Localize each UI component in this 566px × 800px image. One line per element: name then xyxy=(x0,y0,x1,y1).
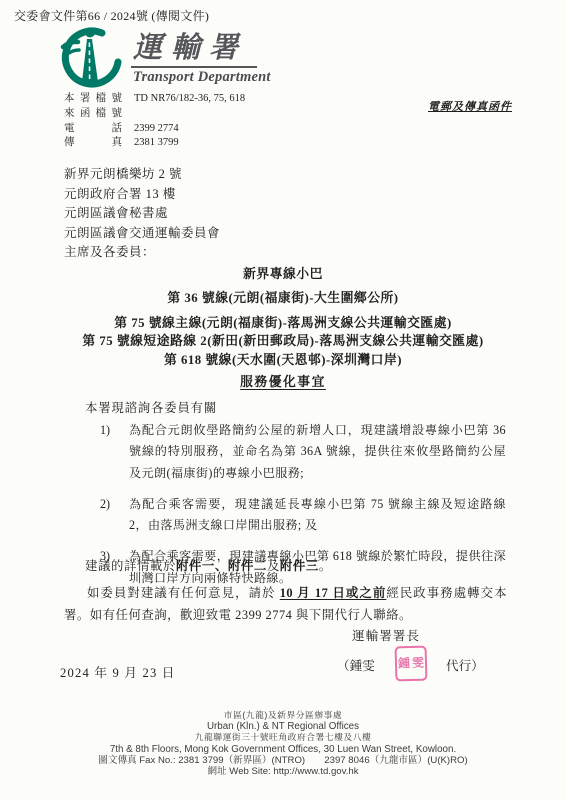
phone-value: 2399 2774 xyxy=(134,122,179,137)
attachments-mid: 及 xyxy=(267,559,280,573)
attachments-sentence: 建議的詳情載於附件一、附件二及附件三。 xyxy=(85,556,332,574)
footer-address-english: 7th & 8th Floors, Mong Kok Government Of… xyxy=(0,744,566,755)
subject-title: 服務優化事宜 xyxy=(0,371,566,390)
deadline-date: 10 月 17 日或之前 xyxy=(280,586,387,600)
our-ref-label: 本署檔號 xyxy=(64,92,122,107)
office-footer: 市區(九龍)及新界分區辦事處 Urban (Kln.) & NT Regiona… xyxy=(0,710,566,777)
list-item-number: 2) xyxy=(100,494,129,537)
recipient-address: 新界元朗橋樂坊 2 號 元朗政府合署 13 樓 元朗區議會秘書處 元朗區議會交通… xyxy=(64,165,220,243)
subject-route-75-short: 第 75 號線短途路線 2(新田(新田郵政局)-落馬洲支線公共運輸交匯處) xyxy=(0,330,566,349)
list-item: 1) 為配合元朗攸壆路簡約公屋的新增人口，現建議增設專線小巴第 36 號線的特別… xyxy=(100,420,506,484)
signer-title: 運輸署署長 xyxy=(352,625,420,644)
file-reference-block: 本署檔號 TD NR76/182-36, 75, 618 來函檔號 電話 239… xyxy=(64,92,245,151)
signature-for-and-close-paren: 代行） xyxy=(446,655,484,674)
address-line: 元朗區議會秘書處 xyxy=(64,204,220,224)
our-ref-row: 本署檔號 TD NR76/182-36, 75, 618 xyxy=(64,92,245,107)
fax-label: 傳真 xyxy=(64,136,122,151)
attachments-end: 。 xyxy=(319,559,332,573)
phone-row: 電話 2399 2774 xyxy=(64,122,245,137)
footer-fax-numbers: 圖文傳真 Fax No.: 2381 3799（新界區）(NTRO) 2397 … xyxy=(0,755,566,766)
logo-name-english: Transport Department xyxy=(131,69,271,86)
footer-website: 網址 Web Site: http://www.td.gov.hk xyxy=(0,766,566,777)
subject-service-group: 新界專線小巴 xyxy=(0,263,566,282)
address-line: 元朗區議會交通運輸委員會 xyxy=(64,224,220,244)
subject-route-618: 第 618 號線(天水圍(天恩邨)-深圳灣口岸) xyxy=(0,349,566,368)
phone-label: 電話 xyxy=(64,122,122,137)
letter-page: 交委會文件第66 / 2024號 (傳閱文件) 運輸署 Transport De… xyxy=(0,0,566,800)
committee-paper-reference: 交委會文件第66 / 2024號 (傳閱文件) xyxy=(14,7,209,24)
logo-name-chinese: 運輸署 xyxy=(131,33,257,68)
signature-open-paren-name: （鍾雯 xyxy=(337,655,375,674)
subject-route-75-main: 第 75 號線主線(元朗(福康街)-落馬洲支線公共運輸交匯處) xyxy=(0,312,566,331)
attachments-pre: 建議的詳情載於 xyxy=(85,559,176,573)
fax-row: 傳真 2381 3799 xyxy=(64,136,245,151)
letter-date: 2024 年 9 月 23 日 xyxy=(60,662,176,681)
name-chop-stamp: 鍾雯 xyxy=(395,646,428,682)
list-item-number: 1) xyxy=(100,420,129,484)
list-item-text: 為配合元朗攸壆路簡約公屋的新增人口，現建議增設專線小巴第 36 號線的特別服務，… xyxy=(129,420,506,484)
attachments-bold-1: 附件一、附件二 xyxy=(176,559,267,573)
our-ref-value: TD NR76/182-36, 75, 618 xyxy=(134,92,245,107)
delivery-method-note: 電郵及傳真函件 xyxy=(428,98,512,114)
salutation: 主席及各委員： xyxy=(64,242,155,260)
address-line: 元朗政府合署 13 樓 xyxy=(64,185,220,205)
fax-value: 2381 3799 xyxy=(134,136,179,151)
subject-route-36: 第 36 號線(元朗(福康街)-大生圍鄉公所) xyxy=(0,287,566,306)
list-item-text: 為配合乘客需要，現建議延長專線小巴第 75 號線主線及短途路線 2，由落馬洲支線… xyxy=(129,494,506,537)
your-ref-row: 來函檔號 xyxy=(64,107,245,122)
lead-in-sentence: 本署現諮詢各委員有關 xyxy=(85,398,217,416)
deadline-paragraph: 如委員對建議有任何意見，請於 10 月 17 日或之前經民政事務處轉交本署。如有… xyxy=(64,582,507,626)
deadline-pre: 如委員對建議有任何意見，請於 xyxy=(87,586,280,600)
attachments-bold-2: 附件三 xyxy=(280,559,319,573)
footer-address-chinese: 九龍聯運街三十號旺角政府合署七樓及八樓 xyxy=(0,732,566,743)
your-ref-label: 來函檔號 xyxy=(64,107,122,122)
transport-department-logo-icon xyxy=(57,26,123,88)
footer-office-english: Urban (Kln.) & NT Regional Offices xyxy=(0,721,566,732)
logo-wordmark: 運輸署 Transport Department xyxy=(131,33,271,86)
address-line: 新界元朗橋樂坊 2 號 xyxy=(64,165,220,185)
stamp-char: 鍾 xyxy=(397,657,411,670)
footer-office-chinese: 市區(九龍)及新界分區辦事處 xyxy=(0,710,566,721)
list-item: 2) 為配合乘客需要，現建議延長專線小巴第 75 號線主線及短途路線 2，由落馬… xyxy=(100,494,506,537)
stamp-char: 雯 xyxy=(411,657,425,670)
